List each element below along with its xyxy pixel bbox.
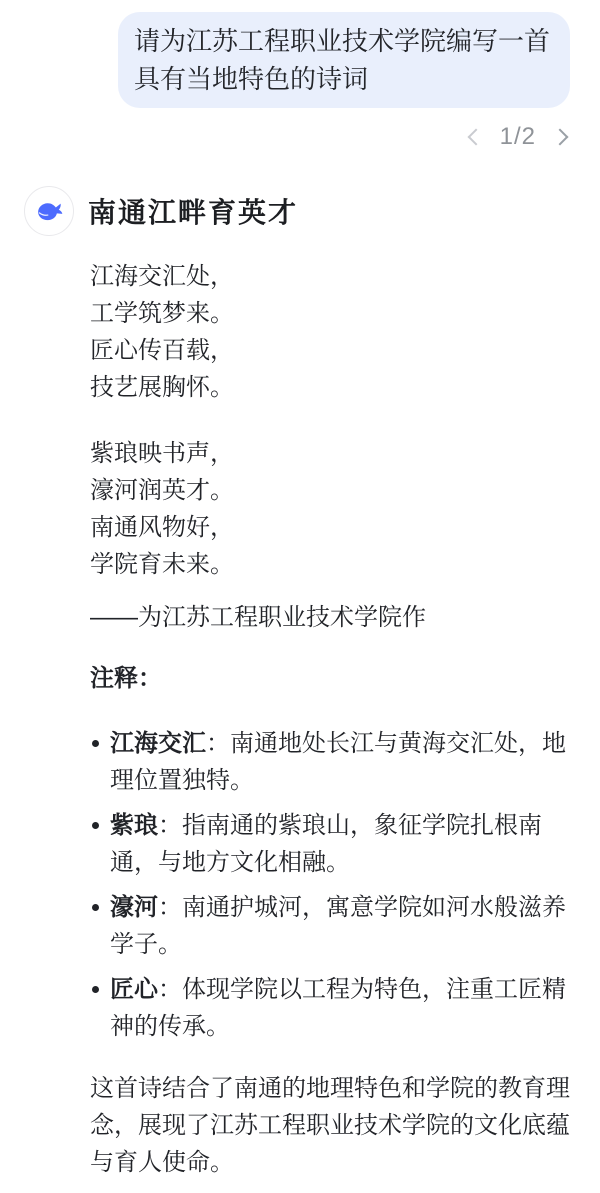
- note-term: 紫琅: [110, 812, 158, 839]
- response-pagination: 1/2: [24, 120, 570, 154]
- note-text: 江海交汇：南通地处长江与黄海交汇处，地理位置独特。: [110, 725, 570, 799]
- chevron-left-icon[interactable]: [467, 129, 484, 146]
- note-text: 濠河：南通护城河，寓意学院如河水般滋养学子。: [110, 889, 570, 963]
- note-colon: ：: [158, 894, 182, 921]
- response-title: 南通江畔育英才: [88, 191, 298, 231]
- user-message-bubble: 请为江苏工程职业技术学院编写一首具有当地特色的诗词: [118, 12, 570, 108]
- poem-line: 学院育未来。: [90, 546, 570, 583]
- note-item: 匠心：体现学院以工程为特色，注重工匠精神的传承。: [90, 971, 570, 1045]
- note-colon: ：: [206, 730, 230, 757]
- poem-line: 南通风物好，: [90, 509, 570, 546]
- note-colon: ：: [158, 976, 182, 1003]
- poem-stanza-1: 江海交汇处， 工学筑梦来。 匠心传百载， 技艺展胸怀。: [90, 258, 570, 406]
- poem-stanza-2: 紫琅映书声， 濠河润英才。 南通风物好， 学院育未来。: [90, 435, 570, 583]
- note-term: 濠河: [110, 894, 158, 921]
- bullet-dot-icon: [90, 725, 110, 799]
- notes-heading-text: 注释: [90, 665, 138, 692]
- bullet-dot-icon: [90, 889, 110, 963]
- note-term: 匠心: [110, 976, 158, 1003]
- notes-list: 江海交汇：南通地处长江与黄海交汇处，地理位置独特。 紫琅：指南通的紫琅山，象征学…: [90, 725, 570, 1045]
- assistant-content: 江海交汇处， 工学筑梦来。 匠心传百载， 技艺展胸怀。 紫琅映书声， 濠河润英才…: [90, 258, 570, 1181]
- notes-heading-colon: ：: [138, 665, 162, 692]
- bullet-dot-icon: [90, 971, 110, 1045]
- note-term: 江海交汇: [110, 730, 206, 757]
- user-message-text: 请为江苏工程职业技术学院编写一首具有当地特色的诗词: [134, 26, 550, 94]
- note-text: 匠心：体现学院以工程为特色，注重工匠精神的传承。: [110, 971, 570, 1045]
- note-item: 濠河：南通护城河，寓意学院如河水般滋养学子。: [90, 889, 570, 963]
- chevron-right-icon[interactable]: [552, 129, 569, 146]
- deepseek-whale-icon: [34, 196, 64, 226]
- assistant-header: 南通江畔育英才: [24, 186, 570, 236]
- note-item: 江海交汇：南通地处长江与黄海交汇处，地理位置独特。: [90, 725, 570, 799]
- poem-line: 匠心传百载，: [90, 332, 570, 369]
- closing-paragraph: 这首诗结合了南通的地理特色和学院的教育理念，展现了江苏工程职业技术学院的文化底蕴…: [90, 1070, 570, 1181]
- note-colon: ：: [158, 812, 182, 839]
- pagination-label: 1/2: [500, 123, 536, 151]
- notes-heading: 注释：: [90, 660, 570, 697]
- poem-line: 工学筑梦来。: [90, 295, 570, 332]
- bullet-dot-icon: [90, 807, 110, 881]
- note-text: 紫琅：指南通的紫琅山，象征学院扎根南通，与地方文化相融。: [110, 807, 570, 881]
- chat-page: 请为江苏工程职业技术学院编写一首具有当地特色的诗词 1/2 南通江畔育英才 江海…: [0, 0, 600, 1193]
- user-message-row: 请为江苏工程职业技术学院编写一首具有当地特色的诗词: [24, 12, 570, 108]
- poem-line: 江海交汇处，: [90, 258, 570, 295]
- poem-line: 濠河润英才。: [90, 472, 570, 509]
- note-item: 紫琅：指南通的紫琅山，象征学院扎根南通，与地方文化相融。: [90, 807, 570, 881]
- poem-line: 技艺展胸怀。: [90, 369, 570, 406]
- poem-attribution: ——为江苏工程职业技术学院作: [90, 599, 570, 636]
- poem-line: 紫琅映书声，: [90, 435, 570, 472]
- assistant-avatar: [24, 186, 74, 236]
